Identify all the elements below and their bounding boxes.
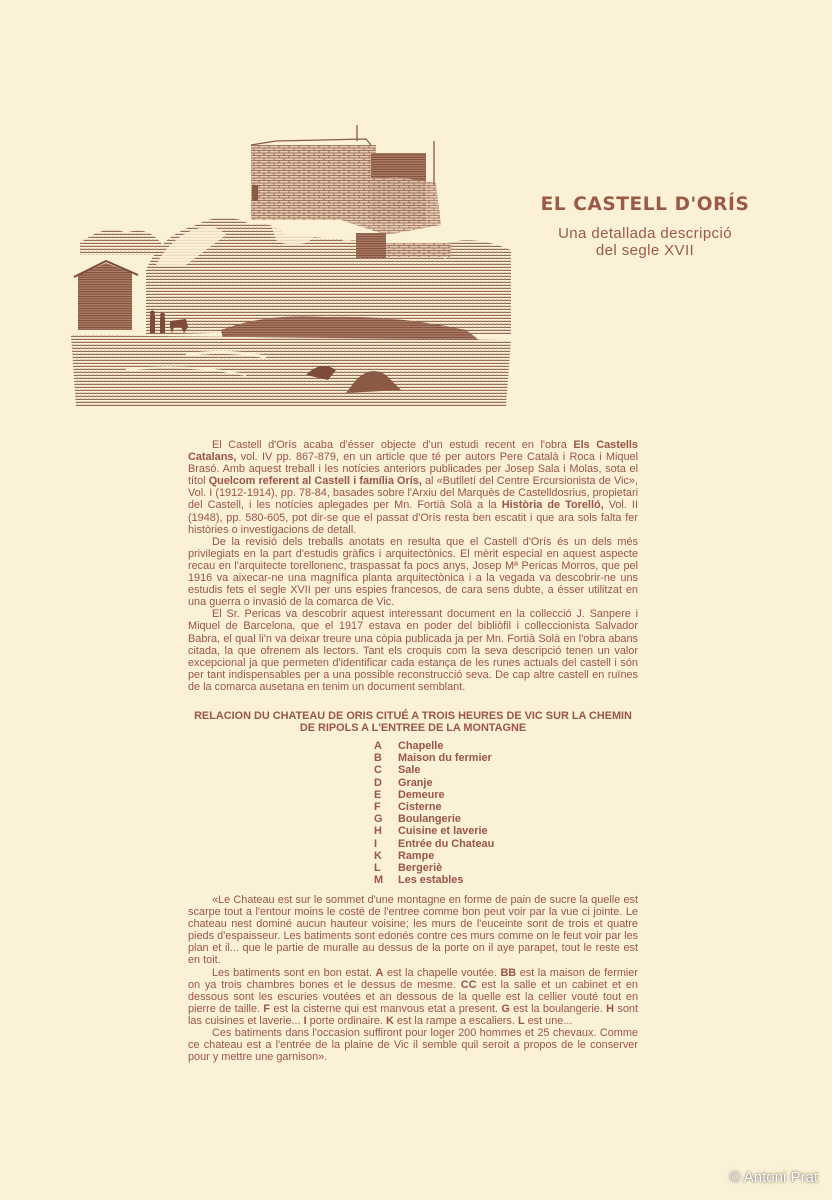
legend-item: HCuisine et laverie bbox=[374, 825, 494, 837]
legend-label: Bergeriè bbox=[398, 862, 442, 874]
legend-item: CSale bbox=[374, 764, 494, 776]
page-subtitle: Una detallada descripció del segle XVII bbox=[520, 225, 770, 259]
legend-item: KRampe bbox=[374, 850, 494, 862]
castle-engraving bbox=[66, 125, 516, 407]
bold-reference: Els Castells Catalans, bbox=[188, 439, 638, 463]
subtitle-line-1: Una detallada descripció bbox=[520, 225, 770, 242]
legend-label: Entrée du Chateau bbox=[398, 838, 494, 850]
bold-reference: Quelcom referent al Castell i família Or… bbox=[209, 475, 422, 487]
legend-letter: G bbox=[374, 813, 398, 825]
legend-label: Granje bbox=[398, 777, 433, 789]
legend-item: AChapelle bbox=[374, 740, 494, 752]
intro-paragraph-1: El Castell d'Orís acaba d'ésser objecte … bbox=[188, 439, 638, 536]
page-title: EL CASTELL D'ORÍS bbox=[520, 194, 770, 215]
legend-label: Sale bbox=[398, 764, 420, 776]
legend-letter: I bbox=[374, 838, 398, 850]
bold-reference: K bbox=[386, 1015, 394, 1027]
bold-reference: A bbox=[376, 967, 384, 979]
copyright-watermark: © Antoni Prat bbox=[729, 1169, 818, 1186]
bold-reference: F bbox=[263, 1003, 270, 1015]
french-description-quote: «Le Chateau est sur le sommet d'une mont… bbox=[188, 894, 638, 1063]
bold-reference: G bbox=[501, 1003, 509, 1015]
legend-label: Rampe bbox=[398, 850, 434, 862]
intro-paragraph-2: De la revisió dels treballs anotats en r… bbox=[188, 536, 638, 609]
legend-item: IEntrée du Chateau bbox=[374, 838, 494, 850]
bold-reference: H bbox=[606, 1003, 614, 1015]
title-block: EL CASTELL D'ORÍS Una detallada descripc… bbox=[520, 194, 770, 259]
subtitle-line-2: del segle XVII bbox=[520, 242, 770, 259]
quote-paragraph-2: Les batiments sont en bon estat. A est l… bbox=[188, 967, 638, 1027]
legend-letter: M bbox=[374, 874, 398, 886]
bold-reference: L bbox=[518, 1015, 525, 1027]
legend-letter: D bbox=[374, 777, 398, 789]
legend-item: GBoulangerie bbox=[374, 813, 494, 825]
legend-label: Les estables bbox=[398, 874, 463, 886]
room-legend: AChapelleBMaison du fermierCSaleDGranjeE… bbox=[374, 740, 494, 886]
legend-item: DGranje bbox=[374, 777, 494, 789]
legend-letter: A bbox=[374, 740, 398, 752]
quote-paragraph-3: Ces batiments dans l'occasion suffiront … bbox=[188, 1027, 638, 1063]
legend-item: FCisterne bbox=[374, 801, 494, 813]
legend-label: Cisterne bbox=[398, 801, 442, 813]
bold-reference: I bbox=[304, 1015, 307, 1027]
legend-item: LBergeriè bbox=[374, 862, 494, 874]
intro-text: El Castell d'Orís acaba d'ésser objecte … bbox=[188, 439, 638, 693]
legend-letter: L bbox=[374, 862, 398, 874]
quote-paragraph-1: «Le Chateau est sur le sommet d'une mont… bbox=[188, 894, 638, 967]
bold-reference: CC bbox=[461, 979, 477, 991]
legend-letter: K bbox=[374, 850, 398, 862]
legend-letter: F bbox=[374, 801, 398, 813]
legend-letter: H bbox=[374, 825, 398, 837]
legend-item: MLes estables bbox=[374, 874, 494, 886]
legend-letter: E bbox=[374, 789, 398, 801]
legend-letter: B bbox=[374, 752, 398, 764]
legend-letter: C bbox=[374, 764, 398, 776]
legend-item: EDemeure bbox=[374, 789, 494, 801]
bold-reference: Història de Torelló, bbox=[502, 499, 604, 511]
intro-paragraph-3: El Sr. Pericas va descobrir aquest inter… bbox=[188, 608, 638, 693]
bold-reference: BB bbox=[500, 967, 516, 979]
legend-label: Chapelle bbox=[398, 740, 443, 752]
legend-label: Boulangerie bbox=[398, 813, 461, 825]
relacion-heading: RELACION DU CHATEAU DE ORIS CITUÉ A TROI… bbox=[188, 710, 638, 734]
legend-item: BMaison du fermier bbox=[374, 752, 494, 764]
legend-label: Maison du fermier bbox=[398, 752, 492, 764]
legend-label: Cuisine et laverie bbox=[398, 825, 488, 837]
legend-label: Demeure bbox=[398, 789, 445, 801]
